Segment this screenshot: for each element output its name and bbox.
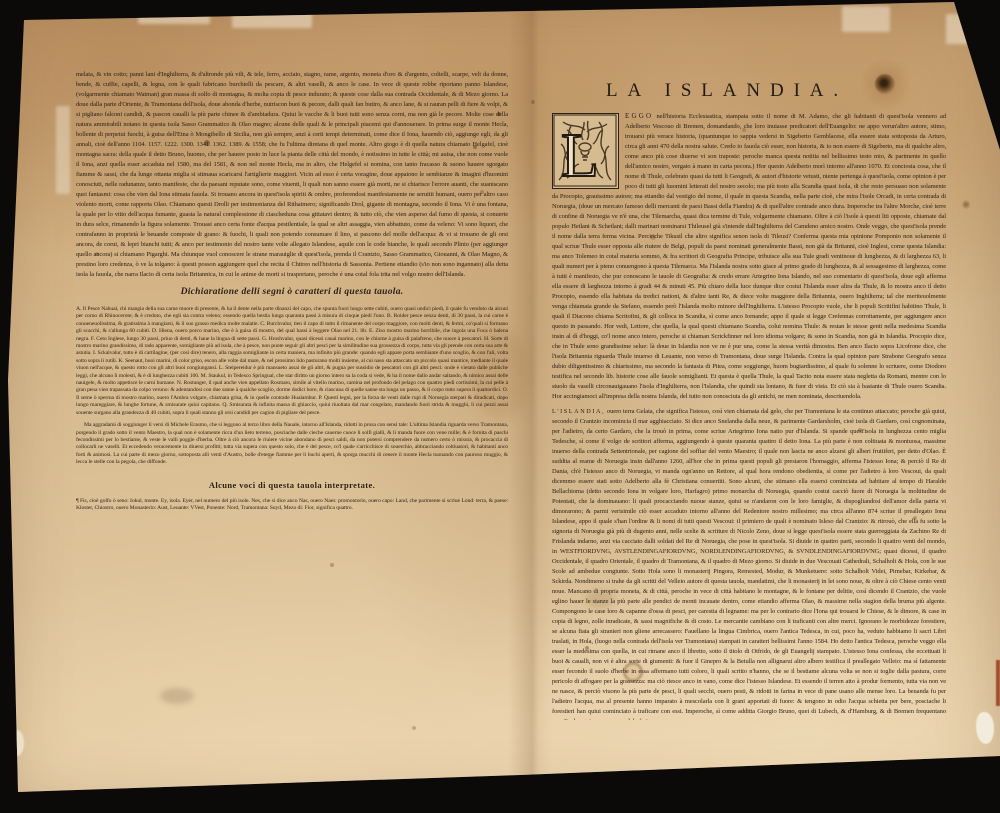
heading-alcune-voci: Alcune voci di questa tauola interpretat…	[76, 480, 508, 490]
right-text-column: LA ISLANDIA.	[552, 80, 946, 720]
foxing-freckles	[0, 0, 4, 4]
tape-remnant	[56, 106, 70, 194]
scan-background: melata, & vin cotto; panni lani d'Inghil…	[0, 0, 1000, 813]
woodcut-initial-art: L	[553, 114, 617, 187]
heading-dichiaratione: Dichiaratione delli segni ò caratteri di…	[76, 287, 508, 297]
legend-key-paragraph: A. Il Pesce Nahual, chi mangia della sua…	[76, 306, 508, 417]
paper-chip	[10, 730, 24, 756]
tape-remnant	[946, 14, 986, 44]
left-text-column: melata, & vin cotto; panni lani d'Inghil…	[76, 70, 508, 620]
left-paragraph-continuation: melata, & vin cotto; panni lani d'Inghil…	[76, 70, 508, 280]
initial-letter: L	[561, 122, 599, 187]
glossary-paragraph: ¶ Fis, cioè golfo ò seno: Iokul, monte. …	[76, 498, 508, 513]
tape-remnant	[138, 2, 210, 24]
verses-paragraph: Ma aggradami di soggiunger li versi di M…	[76, 422, 508, 466]
page-title: LA ISLANDIA.	[552, 80, 924, 102]
decorated-initial-L: L	[552, 113, 619, 189]
islandia-word-caps: L'ISLANDIA,	[552, 408, 605, 415]
tape-remnant	[842, 6, 890, 32]
adjacent-sheet-edge	[996, 660, 1000, 706]
paper-chip	[976, 712, 994, 744]
paragraph-two-text: ouero terra Gelata, che significa l'iste…	[552, 408, 946, 720]
map-sheet-verso: melata, & vin cotto; panni lani d'Inghil…	[0, 0, 1000, 813]
foxing-spot	[961, 200, 971, 209]
opening-word-caps: EGGO	[625, 112, 653, 120]
smudge	[160, 688, 194, 704]
main-paragraph: L EGGO nell'historia Ecclesiastica, stam…	[552, 111, 946, 402]
tape-remnant	[232, 4, 312, 28]
